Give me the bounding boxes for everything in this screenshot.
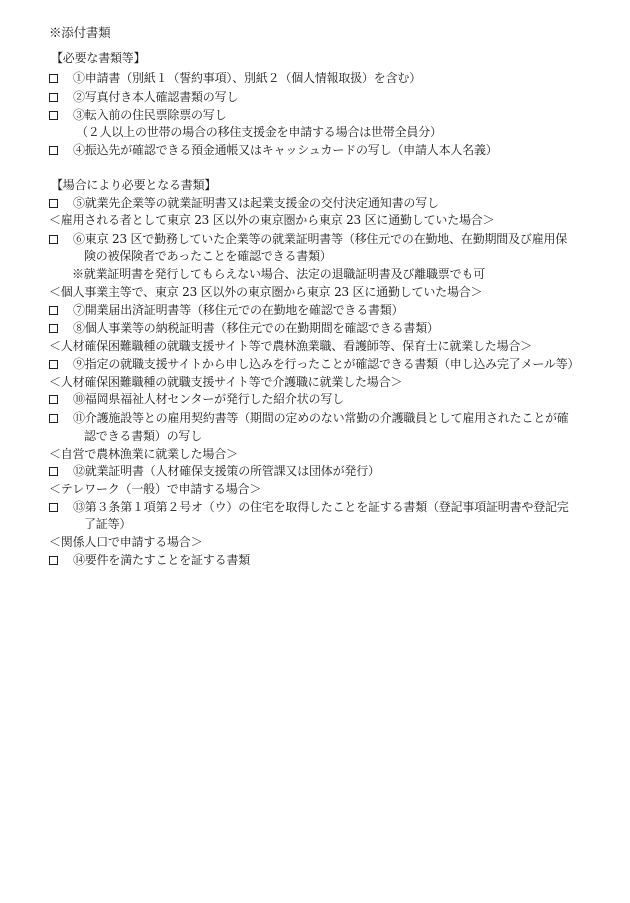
checklist-item-12[interactable]: ⑫就業証明書（人材確保支援策の所管課又は団体が発行） bbox=[49, 463, 380, 479]
item-text: ⑩福岡県福祉人材センターが発行した紹介状の写し bbox=[73, 392, 344, 406]
checkbox-icon[interactable] bbox=[49, 360, 58, 369]
checkbox-icon[interactable] bbox=[49, 111, 58, 120]
checklist-item-11[interactable]: ⑪介護施設等との雇用契約書等（期間の定めのない常勤の介護職員として雇用されたこと… bbox=[49, 410, 569, 426]
case-heading-3: ＜人材確保困難職種の就職支援サイト等で農林漁業職、看護師等、保育士に就業した場合… bbox=[49, 338, 532, 354]
item-3-note: （２人以上の世帯の場合の移住支援金を申請する場合は世帯全員分） bbox=[76, 124, 442, 140]
checklist-item-5[interactable]: ⑤就業先企業等の就業証明書又は起業支援金の交付決定通知書の写し bbox=[49, 195, 439, 211]
checklist-item-4[interactable]: ④振込先が確認できる預金通帳又はキャッシュカードの写し（申請人本人名義） bbox=[49, 142, 498, 158]
item-text: ①申請書（別紙１（誓約事項）、別紙２（個人情報取扱）を含む） bbox=[73, 71, 421, 85]
checklist-item-2[interactable]: ②写真付き本人確認書類の写し bbox=[49, 89, 238, 105]
item-text: ⑭要件を満たすことを証する書類 bbox=[73, 553, 250, 567]
required-section-header: 【必要な書類等】 bbox=[51, 50, 145, 66]
case-heading-4: ＜人材確保困難職種の就職支援サイト等で介護職に就業した場合＞ bbox=[49, 374, 402, 390]
checklist-item-9[interactable]: ⑨指定の就職支援サイトから申し込みを行ったことが確認できる書類（申し込み完了メー… bbox=[49, 356, 579, 372]
checklist-item-14[interactable]: ⑭要件を満たすことを証する書類 bbox=[49, 552, 250, 568]
checkbox-icon[interactable] bbox=[49, 556, 58, 565]
checklist-item-10[interactable]: ⑩福岡県福祉人材センターが発行した紹介状の写し bbox=[49, 391, 344, 407]
document-title: ※添付書類 bbox=[49, 25, 111, 41]
checkbox-icon[interactable] bbox=[49, 324, 58, 333]
item-text: ③転入前の住民票除票の写し bbox=[73, 108, 226, 122]
item-text: ⑬第３条第１項第２号オ（ウ）の住宅を取得したことを証する書類（登記事項証明書や登… bbox=[73, 500, 569, 514]
item-text: ⑪介護施設等との雇用契約書等（期間の定めのない常勤の介護職員として雇用されたこと… bbox=[73, 411, 569, 425]
checkbox-icon[interactable] bbox=[49, 467, 58, 476]
checkbox-icon[interactable] bbox=[49, 146, 58, 155]
checklist-item-3[interactable]: ③転入前の住民票除票の写し bbox=[49, 107, 226, 123]
item-text: ⑤就業先企業等の就業証明書又は起業支援金の交付決定通知書の写し bbox=[73, 196, 439, 210]
case-heading-1: ＜雇用される者として東京 23 区以外の東京圏から東京 23 区に通勤していた場… bbox=[49, 212, 494, 228]
document-page: ※添付書類 【必要な書類等】 ①申請書（別紙１（誓約事項）、別紙２（個人情報取扱… bbox=[0, 0, 630, 903]
item-text: ②写真付き本人確認書類の写し bbox=[73, 90, 238, 104]
item-6-note: ※就業証明書を発行してもらえない場合、法定の退職証明書及び離職票でも可 bbox=[72, 266, 485, 282]
item-13-continuation: 了証等） bbox=[84, 516, 131, 532]
item-text: ⑧個人事業等の納税証明書（移住元での在勤期間を確認できる書類） bbox=[73, 321, 439, 335]
checkbox-icon[interactable] bbox=[49, 199, 58, 208]
checkbox-icon[interactable] bbox=[49, 306, 58, 315]
checkbox-icon[interactable] bbox=[49, 74, 58, 83]
case-heading-2: ＜個人事業主等で、東京 23 区以外の東京圏から東京 23 区に通勤していた場合… bbox=[49, 284, 482, 300]
item-text: ⑫就業証明書（人材確保支援策の所管課又は団体が発行） bbox=[73, 464, 380, 478]
checklist-item-13[interactable]: ⑬第３条第１項第２号オ（ウ）の住宅を取得したことを証する書類（登記事項証明書や登… bbox=[49, 499, 569, 515]
item-text: ⑨指定の就職支援サイトから申し込みを行ったことが確認できる書類（申し込み完了メー… bbox=[73, 357, 579, 371]
item-text: ⑦開業届出済証明書等（移住元での在勤地を確認できる書類） bbox=[73, 303, 403, 317]
checkbox-icon[interactable] bbox=[49, 93, 58, 102]
checklist-item-1[interactable]: ①申請書（別紙１（誓約事項）、別紙２（個人情報取扱）を含む） bbox=[49, 70, 421, 86]
checklist-item-6[interactable]: ⑥東京 23 区で勤務していた企業等の就業証明書等（移住元での在勤地、在勤期間及… bbox=[49, 231, 567, 247]
checkbox-icon[interactable] bbox=[49, 503, 58, 512]
item-11-continuation: 認できる書類）の写し bbox=[84, 428, 202, 444]
case-heading-5: ＜自営で農林漁業に就業した場合＞ bbox=[49, 446, 238, 462]
checkbox-icon[interactable] bbox=[49, 395, 58, 404]
checklist-item-7[interactable]: ⑦開業届出済証明書等（移住元での在勤地を確認できる書類） bbox=[49, 302, 403, 318]
checkbox-icon[interactable] bbox=[49, 235, 58, 244]
item-text: ④振込先が確認できる預金通帳又はキャッシュカードの写し（申請人本人名義） bbox=[73, 143, 498, 157]
conditional-section-header: 【場合により必要となる書類】 bbox=[51, 177, 216, 193]
checkbox-icon[interactable] bbox=[49, 414, 58, 423]
checklist-item-8[interactable]: ⑧個人事業等の納税証明書（移住元での在勤期間を確認できる書類） bbox=[49, 320, 439, 336]
item-text: ⑥東京 23 区で勤務していた企業等の就業証明書等（移住元での在勤地、在勤期間及… bbox=[73, 232, 567, 246]
case-heading-7: ＜関係人口で申請する場合＞ bbox=[49, 534, 202, 550]
case-heading-6: ＜テレワーク（一般）で申請する場合＞ bbox=[49, 481, 261, 497]
item-6-continuation: 険の被保険者であったことを確認できる書類） bbox=[84, 248, 332, 264]
